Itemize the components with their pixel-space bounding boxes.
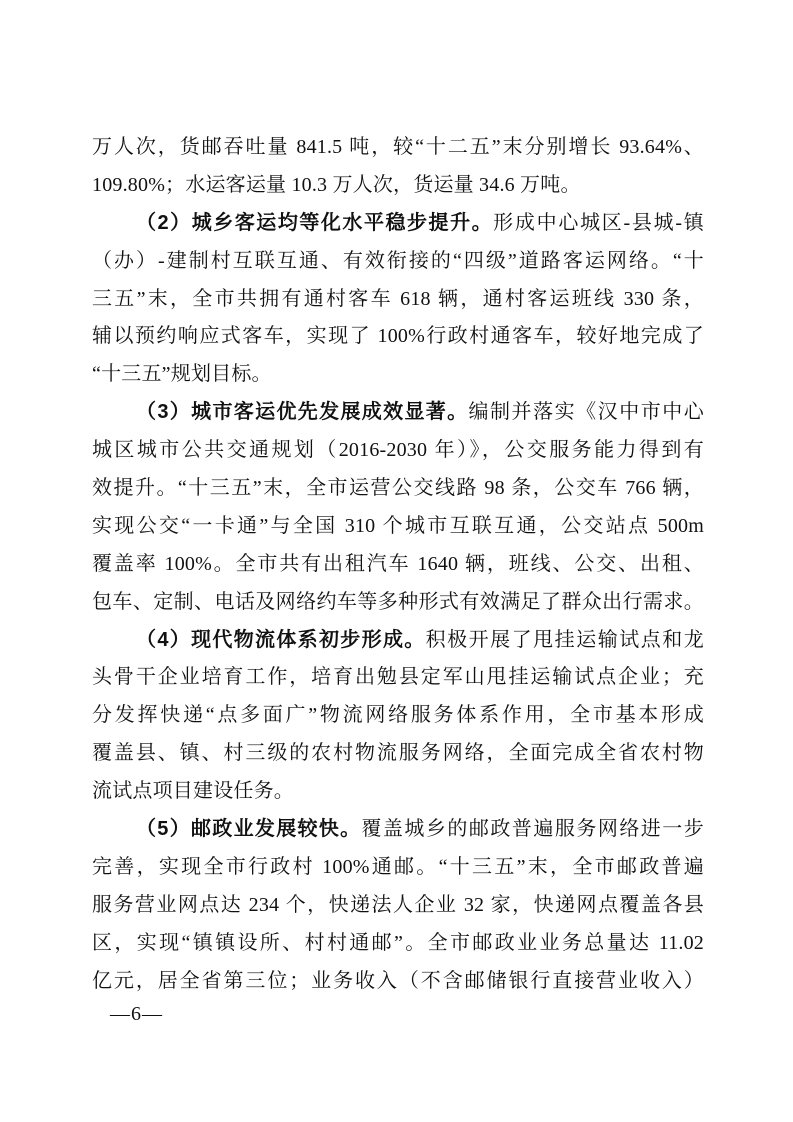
paragraph-start-line: （5）邮政业发展较快。覆盖城乡的邮政普遍服务网络进一步 bbox=[92, 811, 704, 849]
line-text: 覆盖率 100%。全市共有出租汽车 1640 辆，班线、公交、出租、 bbox=[92, 553, 704, 575]
text-line: 覆盖率 100%。全市共有出租汽车 1640 辆，班线、公交、出租、 bbox=[92, 546, 704, 584]
text-line: “十三五”规划目标。 bbox=[92, 356, 704, 394]
line-text: 亿元，居全省第三位；业务收入（不含邮储银行直接营业收入） bbox=[92, 970, 704, 992]
line-text: 完善，实现全市行政村 100%通邮。“十三五”末，全市邮政普遍 bbox=[92, 856, 704, 878]
text-line: 头骨干企业培育工作，培育出勉县定军山甩挂运输试点企业；充 bbox=[92, 659, 704, 697]
line-text: 编制并落实《汉中市中心 bbox=[468, 401, 704, 423]
text-line: 109.80%；水运客运量 10.3 万人次，货运量 34.6 万吨。 bbox=[92, 167, 704, 205]
text-line: 服务营业网点达 234 个，快递法人企业 32 家，快递网点覆盖各县 bbox=[92, 887, 704, 925]
text-line: 包车、定制、电话及网络约车等多种形式有效满足了群众出行需求。 bbox=[92, 584, 704, 622]
line-text: 服务营业网点达 234 个，快递法人企业 32 家，快递网点覆盖各县 bbox=[92, 894, 704, 916]
line-text: 流试点项目建设任务。 bbox=[92, 780, 294, 802]
line-text: 万人次，货邮吞吐量 841.5 吨，较“十二五”末分别增长 93.64%、 bbox=[92, 136, 704, 158]
line-text: 实现公交“一卡通”与全国 310 个城市互联互通，公交站点 500m bbox=[92, 515, 704, 537]
text-line: 城区城市公共交通规划（2016-2030 年）》，公交服务能力得到有 bbox=[92, 432, 704, 470]
text-line: 实现公交“一卡通”与全国 310 个城市互联互通，公交站点 500m bbox=[92, 508, 704, 546]
line-text: 效提升。“十三五”末，全市运营公交线路 98 条，公交车 766 辆， bbox=[92, 477, 704, 499]
line-text: 区，实现“镇镇设所、村村通邮”。全市邮政业业务总量达 11.02 bbox=[92, 932, 704, 954]
line-text: 积极开展了甩挂运输试点和龙 bbox=[426, 629, 704, 651]
line-text: 头骨干企业培育工作，培育出勉县定军山甩挂运输试点企业；充 bbox=[92, 666, 704, 688]
line-text: 分发挥快递“点多面广”物流网络服务体系作用，全市基本形成 bbox=[92, 704, 704, 726]
paragraph-heading: （2）城乡客运均等化水平稳步提升。 bbox=[136, 212, 493, 234]
text-line: 流试点项目建设任务。 bbox=[92, 773, 704, 811]
line-text: 包车、定制、电话及网络约车等多种形式有效满足了群众出行需求。 bbox=[92, 591, 704, 613]
text-line: 区，实现“镇镇设所、村村通邮”。全市邮政业业务总量达 11.02 bbox=[92, 925, 704, 963]
paragraph-start-line: （3）城市客运优先发展成效显著。编制并落实《汉中市中心 bbox=[92, 394, 704, 432]
document-page: 万人次，货邮吞吐量 841.5 吨，较“十二五”末分别增长 93.64%、109… bbox=[0, 0, 793, 1122]
line-text: 辅以预约响应式客车，实现了 100%行政村通客车，较好地完成了 bbox=[92, 325, 704, 347]
paragraph-start-line: （4）现代物流体系初步形成。积极开展了甩挂运输试点和龙 bbox=[92, 622, 704, 660]
line-text: （办）-建制村互联互通、有效衔接的“四级”道路客运网络。“十 bbox=[92, 250, 704, 272]
page-number: —6— bbox=[110, 995, 163, 1033]
text-line: 亿元，居全省第三位；业务收入（不含邮储银行直接营业收入） bbox=[92, 963, 704, 1001]
text-line: 分发挥快递“点多面广”物流网络服务体系作用，全市基本形成 bbox=[92, 697, 704, 735]
line-text: 109.80%；水运客运量 10.3 万人次，货运量 34.6 万吨。 bbox=[92, 174, 581, 196]
line-text: 城区城市公共交通规划（2016-2030 年）》，公交服务能力得到有 bbox=[92, 439, 704, 461]
text-line: 效提升。“十三五”末，全市运营公交线路 98 条，公交车 766 辆， bbox=[92, 470, 704, 508]
line-text: “十三五”规划目标。 bbox=[92, 363, 272, 385]
line-text: 三五”末，全市共拥有通村客车 618 辆，通村客运班线 330 条， bbox=[92, 288, 704, 310]
text-line: （办）-建制村互联互通、有效衔接的“四级”道路客运网络。“十 bbox=[92, 243, 704, 281]
paragraph-heading: （5）邮政业发展较快。 bbox=[136, 818, 361, 840]
paragraph-start-line: （2）城乡客运均等化水平稳步提升。形成中心城区-县城-镇 bbox=[92, 205, 704, 243]
line-text: 形成中心城区-县城-镇 bbox=[493, 212, 704, 234]
text-line: 覆盖县、镇、村三级的农村物流服务网络，全面完成全省农村物 bbox=[92, 735, 704, 773]
line-text: 覆盖城乡的邮政普遍服务网络进一步 bbox=[361, 818, 704, 840]
document-body: 万人次，货邮吞吐量 841.5 吨，较“十二五”末分别增长 93.64%、109… bbox=[92, 129, 704, 1000]
text-line: 辅以预约响应式客车，实现了 100%行政村通客车，较好地完成了 bbox=[92, 318, 704, 356]
text-line: 万人次，货邮吞吐量 841.5 吨，较“十二五”末分别增长 93.64%、 bbox=[92, 129, 704, 167]
text-line: 完善，实现全市行政村 100%通邮。“十三五”末，全市邮政普遍 bbox=[92, 849, 704, 887]
paragraph-heading: （4）现代物流体系初步形成。 bbox=[136, 629, 426, 651]
text-line: 三五”末，全市共拥有通村客车 618 辆，通村客运班线 330 条， bbox=[92, 281, 704, 319]
line-text: 覆盖县、镇、村三级的农村物流服务网络，全面完成全省农村物 bbox=[92, 742, 704, 764]
paragraph-heading: （3）城市客运优先发展成效显著。 bbox=[136, 401, 468, 423]
